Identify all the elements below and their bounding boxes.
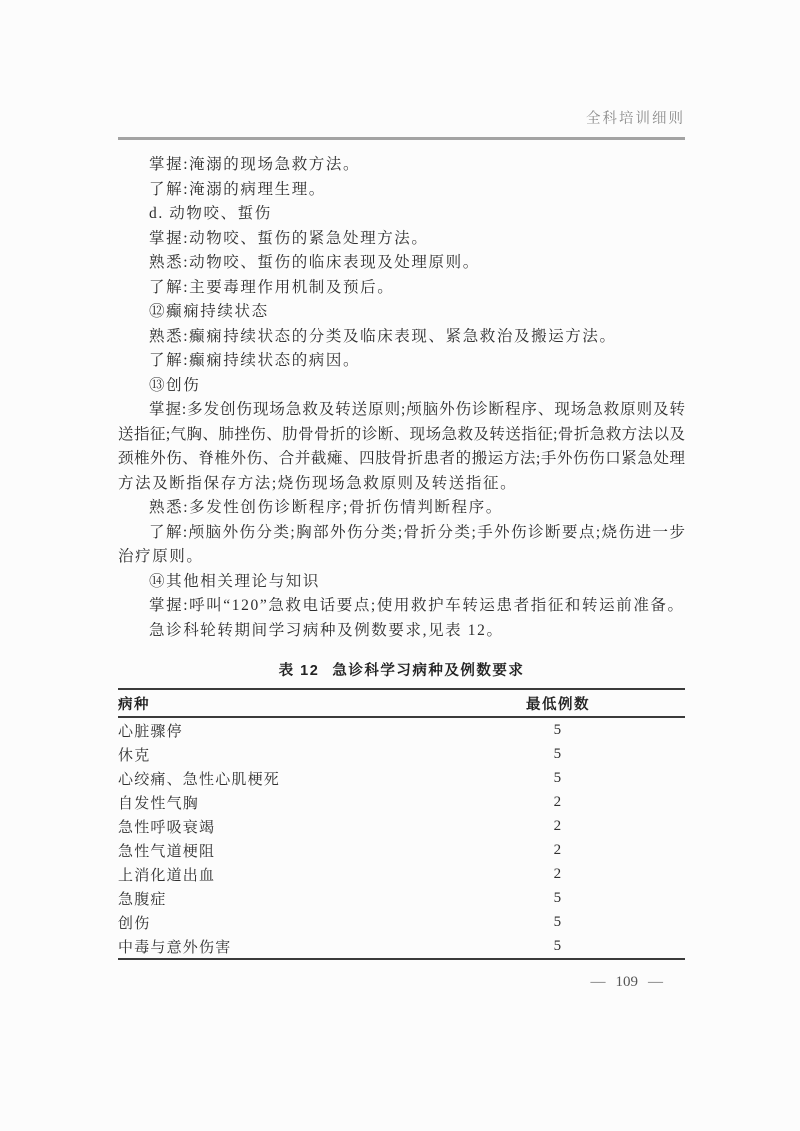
disease-name-cell: 自发性气胸 bbox=[118, 790, 431, 814]
disease-name-cell: 休克 bbox=[118, 742, 431, 766]
min-cases-cell: 5 bbox=[431, 934, 685, 959]
body-line: ⑭其他相关理论与知识 bbox=[118, 570, 685, 595]
min-cases-cell: 5 bbox=[431, 886, 685, 910]
table-header: 病种 最低例数 bbox=[118, 689, 685, 717]
body-line: 颈椎外伤、脊椎外伤、合并截瘫、四肢骨折患者的搬运方法;手外伤伤口紧急处理 bbox=[118, 447, 685, 472]
body-line: 急诊科轮转期间学习病种及例数要求,见表 12。 bbox=[118, 619, 685, 644]
column-header-disease: 病种 bbox=[118, 689, 431, 717]
min-cases-cell: 2 bbox=[431, 814, 685, 838]
column-header-min-cases: 最低例数 bbox=[431, 689, 685, 717]
body-line: ⑬创伤 bbox=[118, 374, 685, 399]
disease-name-cell: 急性呼吸衰竭 bbox=[118, 814, 431, 838]
page-number-dash-right: — bbox=[648, 974, 663, 990]
body-line: 掌握:多发创伤现场急救及转送原则;颅脑外伤诊断程序、现场急救原则及转 bbox=[118, 398, 685, 423]
header-rule bbox=[118, 137, 685, 140]
table-header-row: 病种 最低例数 bbox=[118, 689, 685, 717]
body-line: 送指征;气胸、肺挫伤、肋骨骨折的诊断、现场急救及转送指征;骨折急救方法以及 bbox=[118, 423, 685, 448]
table-row: 中毒与意外伤害5 bbox=[118, 934, 685, 959]
body-line: 熟悉:癫痫持续状态的分类及临床表现、紧急救治及搬运方法。 bbox=[118, 325, 685, 350]
table-row: 自发性气胸2 bbox=[118, 790, 685, 814]
body-line: 了解:主要毒理作用机制及预后。 bbox=[118, 276, 685, 301]
body-line: 了解:癫痫持续状态的病因。 bbox=[118, 349, 685, 374]
body-line: 掌握:动物咬、蜇伤的紧急处理方法。 bbox=[118, 227, 685, 252]
disease-name-cell: 心绞痛、急性心肌梗死 bbox=[118, 766, 431, 790]
body-line: 方法及断指保存方法;烧伤现场急救原则及转送指征。 bbox=[118, 472, 685, 497]
disease-name-cell: 急腹症 bbox=[118, 886, 431, 910]
body-line: 熟悉:多发性创伤诊断程序;骨折伤情判断程序。 bbox=[118, 496, 685, 521]
disease-name-cell: 上消化道出血 bbox=[118, 862, 431, 886]
body-line: d. 动物咬、蜇伤 bbox=[118, 202, 685, 227]
table-caption-label: 表 12 bbox=[279, 663, 320, 679]
disease-name-cell: 创伤 bbox=[118, 910, 431, 934]
table-row: 休克5 bbox=[118, 742, 685, 766]
page-number-value: 109 bbox=[616, 974, 639, 990]
table-caption: 表 12急诊科学习病种及例数要求 bbox=[118, 659, 685, 680]
body-line: ⑫癫痫持续状态 bbox=[118, 300, 685, 325]
running-header-text: 全科培训细则 bbox=[586, 111, 685, 127]
table-body: 心脏骤停5休克5心绞痛、急性心肌梗死5自发性气胸2急性呼吸衰竭2急性气道梗阻2上… bbox=[118, 717, 685, 959]
body-text: 掌握:淹溺的现场急救方法。了解:淹溺的病理生理。d. 动物咬、蜇伤掌握:动物咬、… bbox=[118, 153, 685, 643]
document-page: 全科培训细则 掌握:淹溺的现场急救方法。了解:淹溺的病理生理。d. 动物咬、蜇伤… bbox=[0, 0, 800, 1131]
running-header: 全科培训细则 bbox=[586, 107, 685, 128]
table-caption-title: 急诊科学习病种及例数要求 bbox=[332, 663, 524, 679]
table-row: 创伤5 bbox=[118, 910, 685, 934]
body-line: 掌握:呼叫“120”急救电话要点;使用救护车转运患者指征和转运前准备。 bbox=[118, 594, 685, 619]
min-cases-cell: 5 bbox=[431, 910, 685, 934]
body-line: 掌握:淹溺的现场急救方法。 bbox=[118, 153, 685, 178]
min-cases-cell: 5 bbox=[431, 742, 685, 766]
table-row: 心脏骤停5 bbox=[118, 717, 685, 742]
body-line: 了解:颅脑外伤分类;胸部外伤分类;骨折分类;手外伤诊断要点;烧伤进一步 bbox=[118, 521, 685, 546]
min-cases-cell: 2 bbox=[431, 862, 685, 886]
page-content: 全科培训细则 掌握:淹溺的现场急救方法。了解:淹溺的病理生理。d. 动物咬、蜇伤… bbox=[118, 0, 685, 1131]
min-cases-cell: 2 bbox=[431, 838, 685, 862]
table-row: 急性呼吸衰竭2 bbox=[118, 814, 685, 838]
page-number-dash-left: — bbox=[591, 974, 606, 990]
min-cases-cell: 5 bbox=[431, 717, 685, 742]
disease-requirements-table: 病种 最低例数 心脏骤停5休克5心绞痛、急性心肌梗死5自发性气胸2急性呼吸衰竭2… bbox=[118, 688, 685, 960]
disease-name-cell: 心脏骤停 bbox=[118, 717, 431, 742]
table-row: 心绞痛、急性心肌梗死5 bbox=[118, 766, 685, 790]
body-line: 熟悉:动物咬、蜇伤的临床表现及处理原则。 bbox=[118, 251, 685, 276]
min-cases-cell: 2 bbox=[431, 790, 685, 814]
body-line: 了解:淹溺的病理生理。 bbox=[118, 178, 685, 203]
min-cases-cell: 5 bbox=[431, 766, 685, 790]
disease-name-cell: 急性气道梗阻 bbox=[118, 838, 431, 862]
table-row: 急性气道梗阻2 bbox=[118, 838, 685, 862]
page-number: —109— bbox=[581, 974, 674, 991]
table-row: 上消化道出血2 bbox=[118, 862, 685, 886]
table-row: 急腹症5 bbox=[118, 886, 685, 910]
disease-name-cell: 中毒与意外伤害 bbox=[118, 934, 431, 959]
body-line: 治疗原则。 bbox=[118, 545, 685, 570]
